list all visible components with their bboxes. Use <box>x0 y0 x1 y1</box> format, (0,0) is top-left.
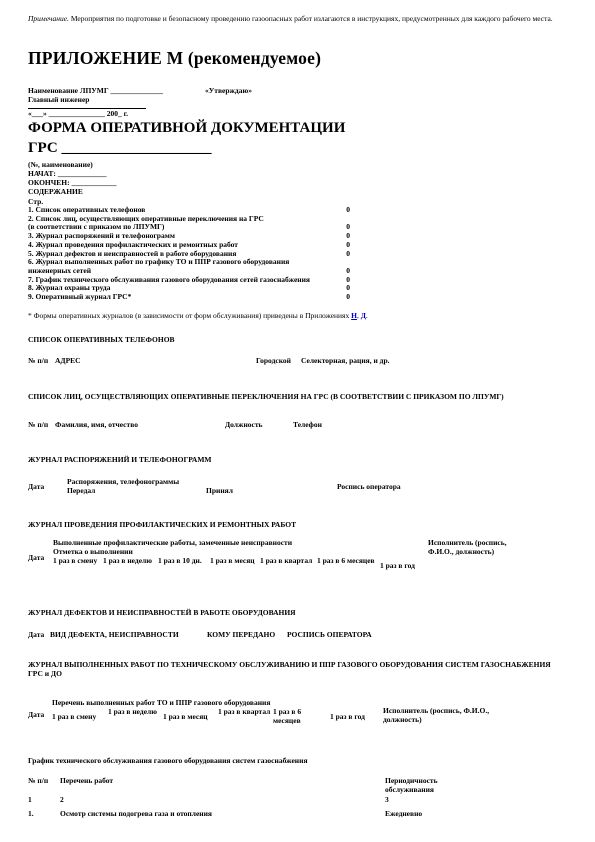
orders-group-header: Распоряжения, телефонограммы <box>67 477 337 486</box>
approve-label: «Утверждаю» <box>205 86 252 95</box>
finished-line: ОКОНЧЕН: ____________ <box>28 178 573 187</box>
maintenance-group-line2: Отметка о выполнении <box>53 547 428 556</box>
form-meta-block: (№, наименование) НАЧАТ: _____________ О… <box>28 160 573 206</box>
started-label: НАЧАТ: <box>28 169 56 178</box>
started-line: НАЧАТ: _____________ <box>28 169 573 178</box>
schedule-header: № п/п Перечень работ Периодичность обслу… <box>28 776 573 794</box>
form-title-line1: ФОРМА ОПЕРАТИВНОЙ ДОКУМЕНТАЦИИ <box>28 120 573 137</box>
schedule-row-num: 1. <box>28 809 60 818</box>
maintenance-col-6months: 1 раз в 6 месяцев <box>317 556 380 565</box>
schedule-col-num: № п/п <box>28 776 60 785</box>
schedule-num-2: 2 <box>60 795 385 804</box>
maintenance-col-date: Дата <box>28 538 53 578</box>
orders-col-date: Дата <box>28 477 67 497</box>
completed-col-6months: 1 раз в 6 месяцев <box>273 707 330 725</box>
maintenance-col-shift: 1 раз в смену <box>53 556 103 565</box>
orders-col-sent: Передал <box>67 486 206 495</box>
phones-col-address: АДРЕС <box>55 356 256 365</box>
phones-title: СПИСОК ОПЕРАТИВНЫХ ТЕЛЕФОНОВ <box>28 335 573 344</box>
persons-col-num: № п/п <box>28 420 55 429</box>
defects-col-signature: РОСПИСЬ ОПЕРАТОРА <box>287 630 372 639</box>
completed-col-shift: 1 раз в смену <box>52 707 108 725</box>
top-note: Примечание. Мероприятия по подготовке и … <box>28 14 573 23</box>
defects-journal-title: ЖУРНАЛ ДЕФЕКТОВ И НЕИСПРАВНОСТЕЙ В РАБОТ… <box>28 608 573 617</box>
persons-col-name: Фамилия, имя, отчество <box>55 420 225 429</box>
persons-header: № п/п Фамилия, имя, отчество Должность Т… <box>28 420 573 429</box>
phones-col-selector: Селекторная, рация, и др. <box>301 356 390 365</box>
schedule-num-3: 3 <box>385 795 389 804</box>
note-label: Примечание. <box>28 14 69 23</box>
toc-title: СОДЕРЖАНИЕ <box>28 187 573 196</box>
defects-col-date: Дата <box>28 630 50 639</box>
completed-col-quarter: 1 раз в квартал <box>218 707 273 716</box>
maintenance-col-executor: Исполнитель (роспись, Ф.И.О., должность) <box>428 538 508 556</box>
completed-col-executor: Исполнитель (роспись, Ф.И.О., должность) <box>383 698 508 732</box>
persons-col-phone: Телефон <box>293 420 322 429</box>
maintenance-group-line1: Выполненные профилактические работы, зам… <box>53 538 428 547</box>
orders-journal-title: ЖУРНАЛ РАСПОРЯЖЕНИЙ И ТЕЛЕФОНОГРАММ <box>28 455 573 464</box>
toc-item-text: 9. Оперативный журнал ГРС* <box>28 293 131 302</box>
approval-block: Наименование ЛПУМГ ______________ «Утвер… <box>28 86 573 104</box>
maintenance-col-quarter: 1 раз в квартал <box>260 556 317 565</box>
finished-label: ОКОНЧЕН: <box>28 178 70 187</box>
document-page: { "note": { "label": "Примечание.", "tex… <box>0 0 595 842</box>
completed-journal-header: Дата Перечень выполненных работ ТО и ППР… <box>28 698 573 732</box>
maintenance-group: Выполненные профилактические работы, зам… <box>53 538 428 574</box>
schedule-num-1: 1 <box>28 795 60 804</box>
phones-header: № п/п АДРЕС Городской Селекторная, рация… <box>28 356 573 365</box>
schedule-row-work: Осмотр системы подогрева газа и отоплени… <box>60 809 385 818</box>
date-block: «___» _______________ 200_ г. <box>28 108 573 118</box>
toc-item: 9. Оперативный журнал ГРС*0 <box>28 293 350 302</box>
maintenance-col-month: 1 раз в месяц <box>210 556 260 565</box>
schedule-row-period: Ежедневно <box>385 809 422 818</box>
schedule-number-row: 1 2 3 <box>28 795 573 804</box>
orders-col-signature: Роспись оператора <box>337 477 401 497</box>
defects-journal-header: Дата ВИД ДЕФЕКТА, НЕИСПРАВНОСТИ КОМУ ПЕР… <box>28 630 573 639</box>
note-text: Мероприятия по подготовке и безопасному … <box>71 14 553 23</box>
org-line: Наименование ЛПУМГ ______________ <box>28 86 205 95</box>
defects-col-type: ВИД ДЕФЕКТА, НЕИСПРАВНОСТИ <box>50 630 207 639</box>
completed-group: Перечень выполненных работ ТО и ППР газо… <box>52 698 383 725</box>
completed-col-date: Дата <box>28 698 52 732</box>
org-label: Наименование ЛПУМГ <box>28 86 109 95</box>
orders-journal-header: Дата Распоряжения, телефонограммы Переда… <box>28 477 573 497</box>
completed-journal-title: ЖУРНАЛ ВЫПОЛНЕННЫХ РАБОТ ПО ТЕХНИЧЕСКОМУ… <box>28 660 558 678</box>
maintenance-col-10days: 1 раз в 10 дн. <box>158 556 210 565</box>
maintenance-col-week: 1 раз в неделю <box>103 556 158 565</box>
completed-group-header: Перечень выполненных работ ТО и ППР газо… <box>52 698 383 707</box>
chief-label: Главный инженер <box>28 95 573 104</box>
started-blank: _____________ <box>58 169 107 178</box>
footnote-text: * Формы оперативных журналов (в зависимо… <box>28 311 349 320</box>
orders-col-received: Принял <box>206 486 233 495</box>
form-title-grs: ГРС <box>28 140 58 156</box>
toc-item-page: 0 <box>346 293 350 302</box>
orders-group: Распоряжения, телефонограммы Передал При… <box>67 477 337 495</box>
form-subtitle: (№, наименование) <box>28 160 573 169</box>
form-title-line2: ГРС ____________________ <box>28 140 573 157</box>
maintenance-col-year: 1 раз в год <box>380 556 415 574</box>
toc-item-page: 0 <box>346 250 350 259</box>
footnote: * Формы оперативных журналов (в зависимо… <box>28 311 573 320</box>
persons-col-position: Должность <box>225 420 293 429</box>
appendix-title: ПРИЛОЖЕНИЕ М (рекомендуемое) <box>28 48 573 69</box>
persons-title: СПИСОК ЛИЦ, ОСУЩЕСТВЛЯЮЩИХ ОПЕРАТИВНЫЕ П… <box>28 392 548 401</box>
footnote-suffix: . <box>366 311 368 320</box>
schedule-col-works: Перечень работ <box>60 776 385 785</box>
completed-col-month: 1 раз в месяц <box>163 707 218 725</box>
date-line: «___» _______________ 200_ г. <box>28 109 573 118</box>
schedule-data-row: 1. Осмотр системы подогрева газа и отопл… <box>28 809 573 818</box>
phones-col-city: Городской <box>256 356 301 365</box>
maintenance-journal-title: ЖУРНАЛ ПРОВЕДЕНИЯ ПРОФИЛАКТИЧЕСКИХ И РЕМ… <box>28 520 573 529</box>
toc-item-page: 0 <box>346 206 350 215</box>
toc-list: 1. Список оперативных телефонов0 2. Спис… <box>28 206 573 302</box>
org-blank: ______________ <box>111 86 164 95</box>
schedule-col-period: Периодичность обслуживания <box>385 776 475 794</box>
finished-blank: ____________ <box>71 178 116 187</box>
schedule-title: График технического обслуживания газовог… <box>28 756 573 765</box>
defects-col-reported-to: КОМУ ПЕРЕДАНО <box>207 630 287 639</box>
form-title-blank: ____________________ <box>61 140 211 156</box>
completed-col-week: 1 раз в неделю <box>108 707 163 716</box>
phones-col-num: № п/п <box>28 356 55 365</box>
completed-col-year: 1 раз в год <box>330 707 365 725</box>
maintenance-journal-header: Дата Выполненные профилактические работы… <box>28 538 573 578</box>
